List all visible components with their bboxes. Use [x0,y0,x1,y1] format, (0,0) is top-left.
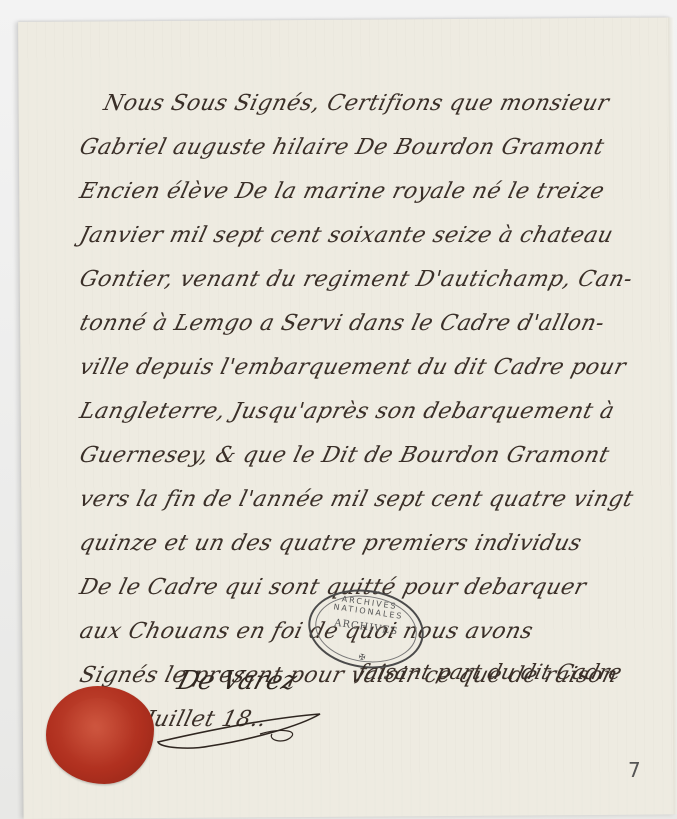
text-line: Janvier mil sept cent soixante seize à c… [75,214,676,258]
text-line: Gontier, venant du regiment D'autichamp,… [75,258,676,302]
text-line: Encien élève De la marine royale né le t… [75,170,676,214]
signature-role: faisant part du dit Cadre [355,660,624,684]
text-line: Gabriel auguste hilaire De Bourdon Gramo… [75,126,676,170]
red-wax-seal [46,686,154,784]
signature: De Varez [174,666,301,696]
text-line: quinze et un des quatre premiers individ… [75,522,676,566]
text-line: tonné à Lemgo a Servi dans le Cadre d'al… [75,302,676,346]
signature-flourish-icon [150,700,350,760]
folio-number: 7 [628,758,641,782]
text-line: ville depuis l'embarquement du dit Cadre… [75,346,676,390]
text-line: Guernesey, & que le Dit de Bourdon Gramo… [75,434,676,478]
text-line: Langleterre, Jusqu'après son debarquemen… [75,390,676,434]
text-line: vers la fin de l'année mil sept cent qua… [75,478,676,522]
text-line: Nous Sous Signés, Certifions que monsieu… [99,82,676,126]
